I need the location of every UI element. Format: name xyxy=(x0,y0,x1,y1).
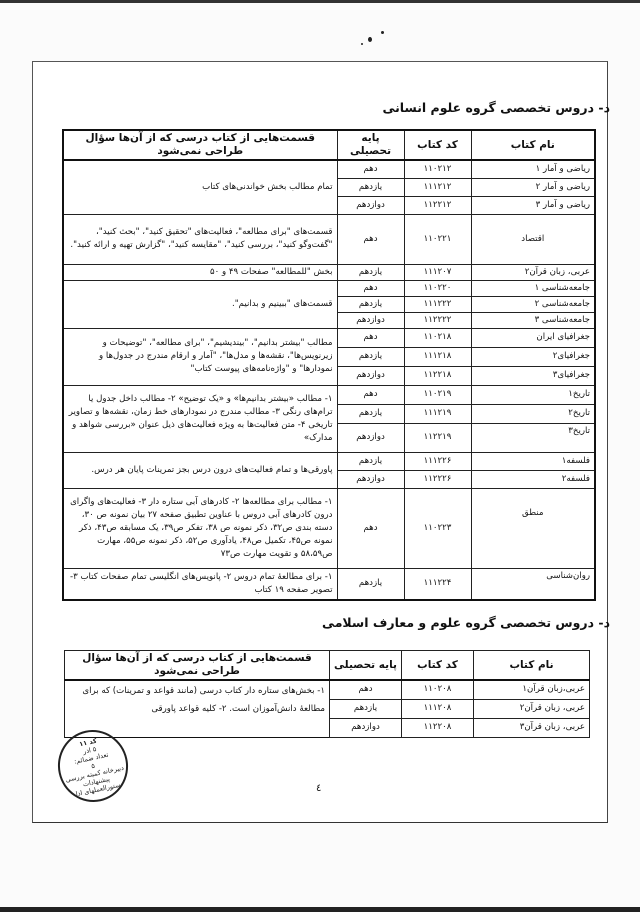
book-code: ۱۱۱۲۲۴ xyxy=(404,568,471,600)
book-name: جغرافیای ایران xyxy=(471,328,595,347)
book-code: ۱۱۱۲۱۹ xyxy=(404,404,471,423)
table-row: تاریخ۱ ۱۱۰۲۱۹ دهم ۱- مطالب «بیشتر بدانیم… xyxy=(63,385,595,404)
book-name: فلسفه۱ xyxy=(471,452,595,470)
grade: دهم xyxy=(337,488,404,568)
book-name: ریاضی و آمار ۲ xyxy=(471,178,595,196)
grade: دهم xyxy=(337,385,404,404)
excluded-parts: مطالب "بیشتر بدانیم"، "بیندیشیم"، "برای … xyxy=(63,328,337,385)
book-code: ۱۱۱۲۱۲ xyxy=(404,178,471,196)
book-code: ۱۱۲۲۱۹ xyxy=(404,423,471,452)
excluded-parts: پاورقی‌ها و تمام فعالیت‌های درون درس بجز… xyxy=(63,452,337,488)
grade: یازدهم xyxy=(337,264,404,280)
excluded-parts: تمام مطالب بخش خواندنی‌های کتاب xyxy=(63,160,337,214)
islamic-studies-table: نام کتاب کد کتاب پایه تحصیلی قسمت‌هایی ا… xyxy=(64,650,590,738)
book-code: ۱۱۲۲۲۲ xyxy=(404,312,471,328)
grade: دهم xyxy=(337,214,404,264)
book-code: ۱۱۰۲۲۱ xyxy=(404,214,471,264)
excluded-parts: قسمت‌های "ببینیم و بدانیم". xyxy=(63,280,337,328)
table-row: عربی، زبان قرآن۲ ۱۱۱۲۰۷ یازدهم بخش "للمط… xyxy=(63,264,595,280)
scan-speck xyxy=(381,31,384,34)
book-code: ۱۱۱۲۱۸ xyxy=(404,347,471,366)
excluded-parts: بخش "للمطالعه" صفحات ۴۹ و ۵۰ xyxy=(63,264,337,280)
book-name: جغرافیای۲ xyxy=(471,347,595,366)
excluded-parts: ۱- مطالب برای مطالعه‌ها ۲- کادرهای آبی س… xyxy=(63,488,337,568)
book-name: جامعه‌شناسی ۲ xyxy=(471,296,595,312)
book-code: ۱۱۲۲۲۶ xyxy=(404,470,471,488)
book-code: ۱۱۲۲۰۸ xyxy=(402,718,474,737)
col-header-book-code: کد کتاب xyxy=(402,651,474,681)
grade: یازدهم xyxy=(337,452,404,470)
page-number: ٤ xyxy=(316,783,321,794)
book-name: روان‌شناسی xyxy=(471,568,595,600)
table-header-row: نام کتاب کد کتاب پایه تحصیلی قسمت‌هایی ا… xyxy=(63,130,595,160)
excluded-parts: قسمت‌های "برای مطالعه"، فعالیت‌های "تحقی… xyxy=(63,214,337,264)
excluded-parts: ۱- مطالب «بیشتر بدانیم‌ها» و «یک توضیح» … xyxy=(63,385,337,452)
scan-bottom-edge xyxy=(0,907,640,912)
book-name: اقتصاد xyxy=(471,214,595,264)
book-code: ۱۱۲۲۱۲ xyxy=(404,196,471,214)
grade: دوازدهم xyxy=(337,470,404,488)
table-row: عربی،زبان قرآن۱ ۱۱۰۲۰۸ دهم ۱- بخش‌های ست… xyxy=(65,680,590,699)
book-code: ۱۱۱۲۰۸ xyxy=(402,699,474,718)
grade: یازدهم xyxy=(337,178,404,196)
humanities-table: نام کتاب کد کتاب پایه تحصیلی قسمت‌هایی ا… xyxy=(62,129,596,601)
grade: دوازدهم xyxy=(337,196,404,214)
table-row: روان‌شناسی ۱۱۱۲۲۴ یازدهم ۱- برای مطالعهٔ… xyxy=(63,568,595,600)
col-header-book-name: نام کتاب xyxy=(474,651,590,681)
grade: یازدهم xyxy=(337,296,404,312)
book-name: جامعه‌شناسی ۱ xyxy=(471,280,595,296)
grade: دوازدهم xyxy=(337,312,404,328)
section-heading-humanities: د- دروس تخصصی گروه علوم انسانی xyxy=(382,100,610,115)
book-code: ۱۱۱۲۲۲ xyxy=(404,296,471,312)
book-name: عربی، زبان قرآن۳ xyxy=(474,718,590,737)
book-name: جغرافیای۳ xyxy=(471,366,595,385)
grade: یازدهم xyxy=(337,404,404,423)
book-code: ۱۱۰۲۱۲ xyxy=(404,160,471,178)
book-name: عربی، زبان قرآن۲ xyxy=(474,699,590,718)
book-code: ۱۱۱۲۲۶ xyxy=(404,452,471,470)
table-row: فلسفه۱ ۱۱۱۲۲۶ یازدهم پاورقی‌ها و تمام فع… xyxy=(63,452,595,470)
book-name: ریاضی و آمار ۳ xyxy=(471,196,595,214)
book-code: ۱۱۲۲۱۸ xyxy=(404,366,471,385)
book-name: منطق xyxy=(471,488,595,568)
table-row: جامعه‌شناسی ۱ ۱۱۰۲۲۰ دهم قسمت‌های "ببینی… xyxy=(63,280,595,296)
table-row: جغرافیای ایران ۱۱۰۲۱۸ دهم مطالب "بیشتر ب… xyxy=(63,328,595,347)
grade: دوازدهم xyxy=(337,366,404,385)
book-name: عربی،زبان قرآن۱ xyxy=(474,680,590,699)
col-header-book-code: کد کتاب xyxy=(404,130,471,160)
excluded-parts: ۱- برای مطالعهٔ تمام دروس ۲- پانویس‌های … xyxy=(63,568,337,600)
book-name: جامعه‌شناسی ۳ xyxy=(471,312,595,328)
book-name: ریاضی و آمار ۱ xyxy=(471,160,595,178)
col-header-excluded-parts: قسمت‌هایی از کتاب درسی که از آن‌ها سؤال … xyxy=(65,651,330,681)
grade: یازدهم xyxy=(337,347,404,366)
grade: دهم xyxy=(337,160,404,178)
book-name: فلسفه۲ xyxy=(471,470,595,488)
table-header-row: نام کتاب کد کتاب پایه تحصیلی قسمت‌هایی ا… xyxy=(65,651,590,681)
book-code: ۱۱۰۲۱۸ xyxy=(404,328,471,347)
grade: دهم xyxy=(330,680,402,699)
grade: دوازدهم xyxy=(330,718,402,737)
excluded-parts: ۱- بخش‌های ستاره دار کتاب درسی (مانند قو… xyxy=(65,680,330,737)
table-row: ریاضی و آمار ۱ ۱۱۰۲۱۲ دهم تمام مطالب بخش… xyxy=(63,160,595,178)
grade: یازدهم xyxy=(330,699,402,718)
book-name: تاریخ۱ xyxy=(471,385,595,404)
scan-top-edge xyxy=(0,0,640,3)
table-row: منطق ۱۱۰۲۲۳ دهم ۱- مطالب برای مطالعه‌ها … xyxy=(63,488,595,568)
col-header-excluded-parts: قسمت‌هایی از کتاب درسی که از آن‌ها سؤال … xyxy=(63,130,337,160)
book-code: ۱۱۰۲۰۸ xyxy=(402,680,474,699)
table-row: اقتصاد ۱۱۰۲۲۱ دهم قسمت‌های "برای مطالعه"… xyxy=(63,214,595,264)
book-name: تاریخ۲ xyxy=(471,404,595,423)
book-code: ۱۱۰۲۲۳ xyxy=(404,488,471,568)
section-heading-islamic-studies: د- دروس تخصصی گروه علوم و معارف اسلامی xyxy=(322,615,610,630)
scan-speck xyxy=(368,37,372,42)
scan-speck xyxy=(361,43,363,45)
grade: دهم xyxy=(337,280,404,296)
col-header-grade: پایه تحصیلی xyxy=(330,651,402,681)
book-code: ۱۱۱۲۰۷ xyxy=(404,264,471,280)
col-header-grade: پایه تحصیلی xyxy=(337,130,404,160)
grade: دهم xyxy=(337,328,404,347)
col-header-book-name: نام کتاب xyxy=(471,130,595,160)
book-name: تاریخ۳ xyxy=(471,423,595,452)
book-code: ۱۱۰۲۲۰ xyxy=(404,280,471,296)
grade: دوازدهم xyxy=(337,423,404,452)
book-code: ۱۱۰۲۱۹ xyxy=(404,385,471,404)
grade: یازدهم xyxy=(337,568,404,600)
book-name: عربی، زبان قرآن۲ xyxy=(471,264,595,280)
